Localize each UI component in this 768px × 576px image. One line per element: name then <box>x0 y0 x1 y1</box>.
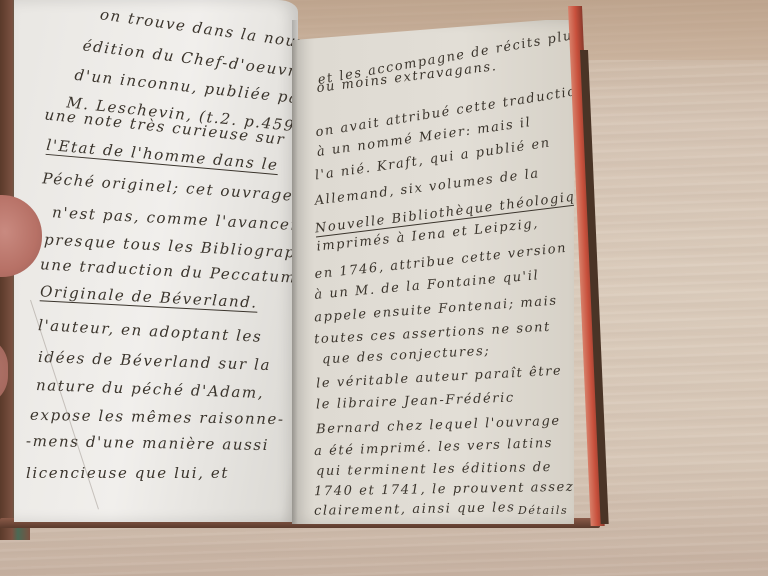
right-line-13: que des conjectures; <box>322 344 491 368</box>
left-page: on trouve dans la nouvelle édition du Ch… <box>14 0 298 522</box>
right-line-12: toutes ces assertions ne sont <box>314 320 551 347</box>
left-line-12: l'auteur, en adoptant les <box>38 316 263 346</box>
right-line-16: Bernard chez lequel l'ouvrage <box>316 414 561 438</box>
left-line-11: Originale de Béverland. <box>40 282 259 311</box>
right-line-14: le véritable auteur paraît être <box>316 364 563 392</box>
right-line-17: a été imprimé. les vers latins <box>314 436 554 459</box>
right-line-20: clairement, ainsi que les <box>314 500 516 519</box>
left-line-10: une traduction du Peccatum <box>40 255 297 286</box>
right-line-19: 1740 et 1741, le prouvent assez <box>314 480 575 500</box>
left-line-7: Péché originel; cet ouvrage <box>42 169 294 205</box>
right-catchword: Détails <box>518 504 568 517</box>
left-line-14: nature du péché d'Adam, <box>36 376 265 402</box>
left-line-8: n'est pas, comme l'avancent <box>52 203 310 234</box>
right-line-15: le libraire Jean-Frédéric <box>316 391 515 413</box>
right-page: et les accompagne de récits plus ou moin… <box>292 20 574 524</box>
left-line-17: licencieuse que lui, et <box>26 464 229 482</box>
right-line-18: qui terminent les éditions de <box>316 460 552 479</box>
book-gutter <box>292 20 298 524</box>
left-line-16: -mens d'une manière aussi <box>26 432 269 454</box>
left-line-13: idées de Béverland sur la <box>38 348 272 374</box>
